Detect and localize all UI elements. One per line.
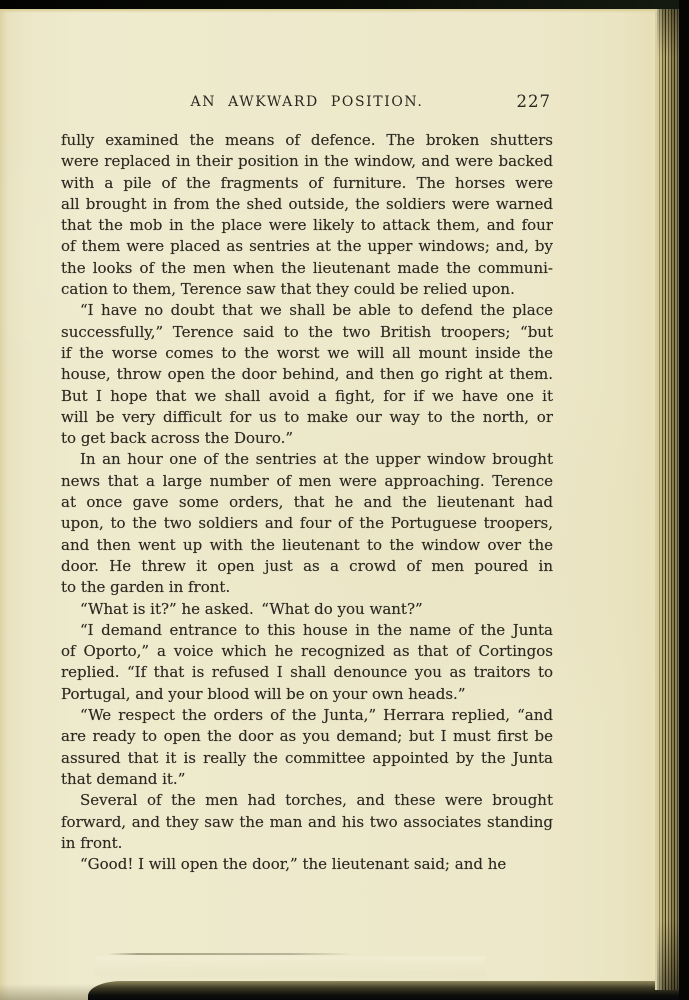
text-line: that demand it.” [61, 769, 553, 790]
text-line: house, throw open the door behind, and t… [61, 364, 553, 385]
page-crease-line [108, 953, 353, 955]
text-line: Several of the men had torches, and thes… [61, 790, 553, 811]
scan-border-top [0, 0, 689, 9]
text-line: In an hour one of the sentries at the up… [61, 449, 553, 470]
text-block: fully examined the means of defence. The… [61, 130, 553, 875]
bottom-left-shadow [0, 984, 95, 1000]
paragraph: “I have no doubt that we shall be able t… [61, 300, 553, 449]
text-line: to get back across the Douro.” [61, 428, 553, 449]
page-header: AN AWKWARD POSITION. 227 [61, 92, 553, 114]
bottom-page-curl-shadow [88, 981, 689, 1000]
text-line: will be very difficult for us to make ou… [61, 407, 553, 428]
text-line: “I demand entrance to this house in the … [61, 620, 553, 641]
paragraph: Several of the men had torches, and thes… [61, 790, 553, 854]
text-line: replied. “If that is refused I shall den… [61, 662, 553, 683]
text-line: were replaced in their position in the w… [61, 151, 553, 172]
text-line: “Good! I will open the door,” the lieute… [61, 854, 553, 875]
text-line: forward, and they saw the man and his tw… [61, 812, 553, 833]
text-line: with a pile of the fragments of furnitur… [61, 173, 553, 194]
book-page-scan: AN AWKWARD POSITION. 227 fully examined … [0, 0, 689, 1000]
text-line: of them were placed as sentries at the u… [61, 236, 553, 257]
text-line: successfully,” Terence said to the two B… [61, 322, 553, 343]
text-line: “We respect the orders of the Junta,” He… [61, 705, 553, 726]
text-line: Portugal, and your blood will be on your… [61, 684, 553, 705]
text-line: “I have no doubt that we shall be able t… [61, 300, 553, 321]
text-line: if the worse comes to the worst we will … [61, 343, 553, 364]
text-line: the looks of the men when the lieutenant… [61, 258, 553, 279]
paragraph: fully examined the means of defence. The… [61, 130, 553, 300]
paragraph: “Good! I will open the door,” the lieute… [61, 854, 553, 875]
text-line: cation to them, Terence saw that they co… [61, 279, 553, 300]
page-number: 227 [517, 92, 552, 111]
page-crease-highlight [95, 956, 485, 982]
text-line: “What is it?” he asked. “What do you wan… [61, 599, 553, 620]
text-line: assured that it is really the committee … [61, 748, 553, 769]
paragraph: “I demand entrance to this house in the … [61, 620, 553, 705]
text-line: all brought in from the shed outside, th… [61, 194, 553, 215]
book-fore-edge-pages [655, 8, 681, 990]
text-line: and then went up with the lieutenant to … [61, 535, 553, 556]
text-line: in front. [61, 833, 553, 854]
text-line: of Oporto,” a voice which he recognized … [61, 641, 553, 662]
text-line: to the garden in front. [61, 577, 553, 598]
text-line: are ready to open the door as you demand… [61, 726, 553, 747]
text-line: that the mob in the place were likely to… [61, 215, 553, 236]
text-line: But I hope that we shall avoid a fight, … [61, 386, 553, 407]
paragraph: “What is it?” he asked. “What do you wan… [61, 599, 553, 620]
text-line: at once gave some orders, that he and th… [61, 492, 553, 513]
running-title: AN AWKWARD POSITION. [61, 94, 553, 110]
paragraph: In an hour one of the sentries at the up… [61, 449, 553, 598]
text-line: news that a large number of men were app… [61, 471, 553, 492]
text-line: door. He threw it open just as a crowd o… [61, 556, 553, 577]
text-line: fully examined the means of defence. The… [61, 130, 553, 151]
text-line: upon, to the two soldiers and four of th… [61, 513, 553, 534]
scan-border-right [679, 0, 689, 1000]
paragraph: “We respect the orders of the Junta,” He… [61, 705, 553, 790]
